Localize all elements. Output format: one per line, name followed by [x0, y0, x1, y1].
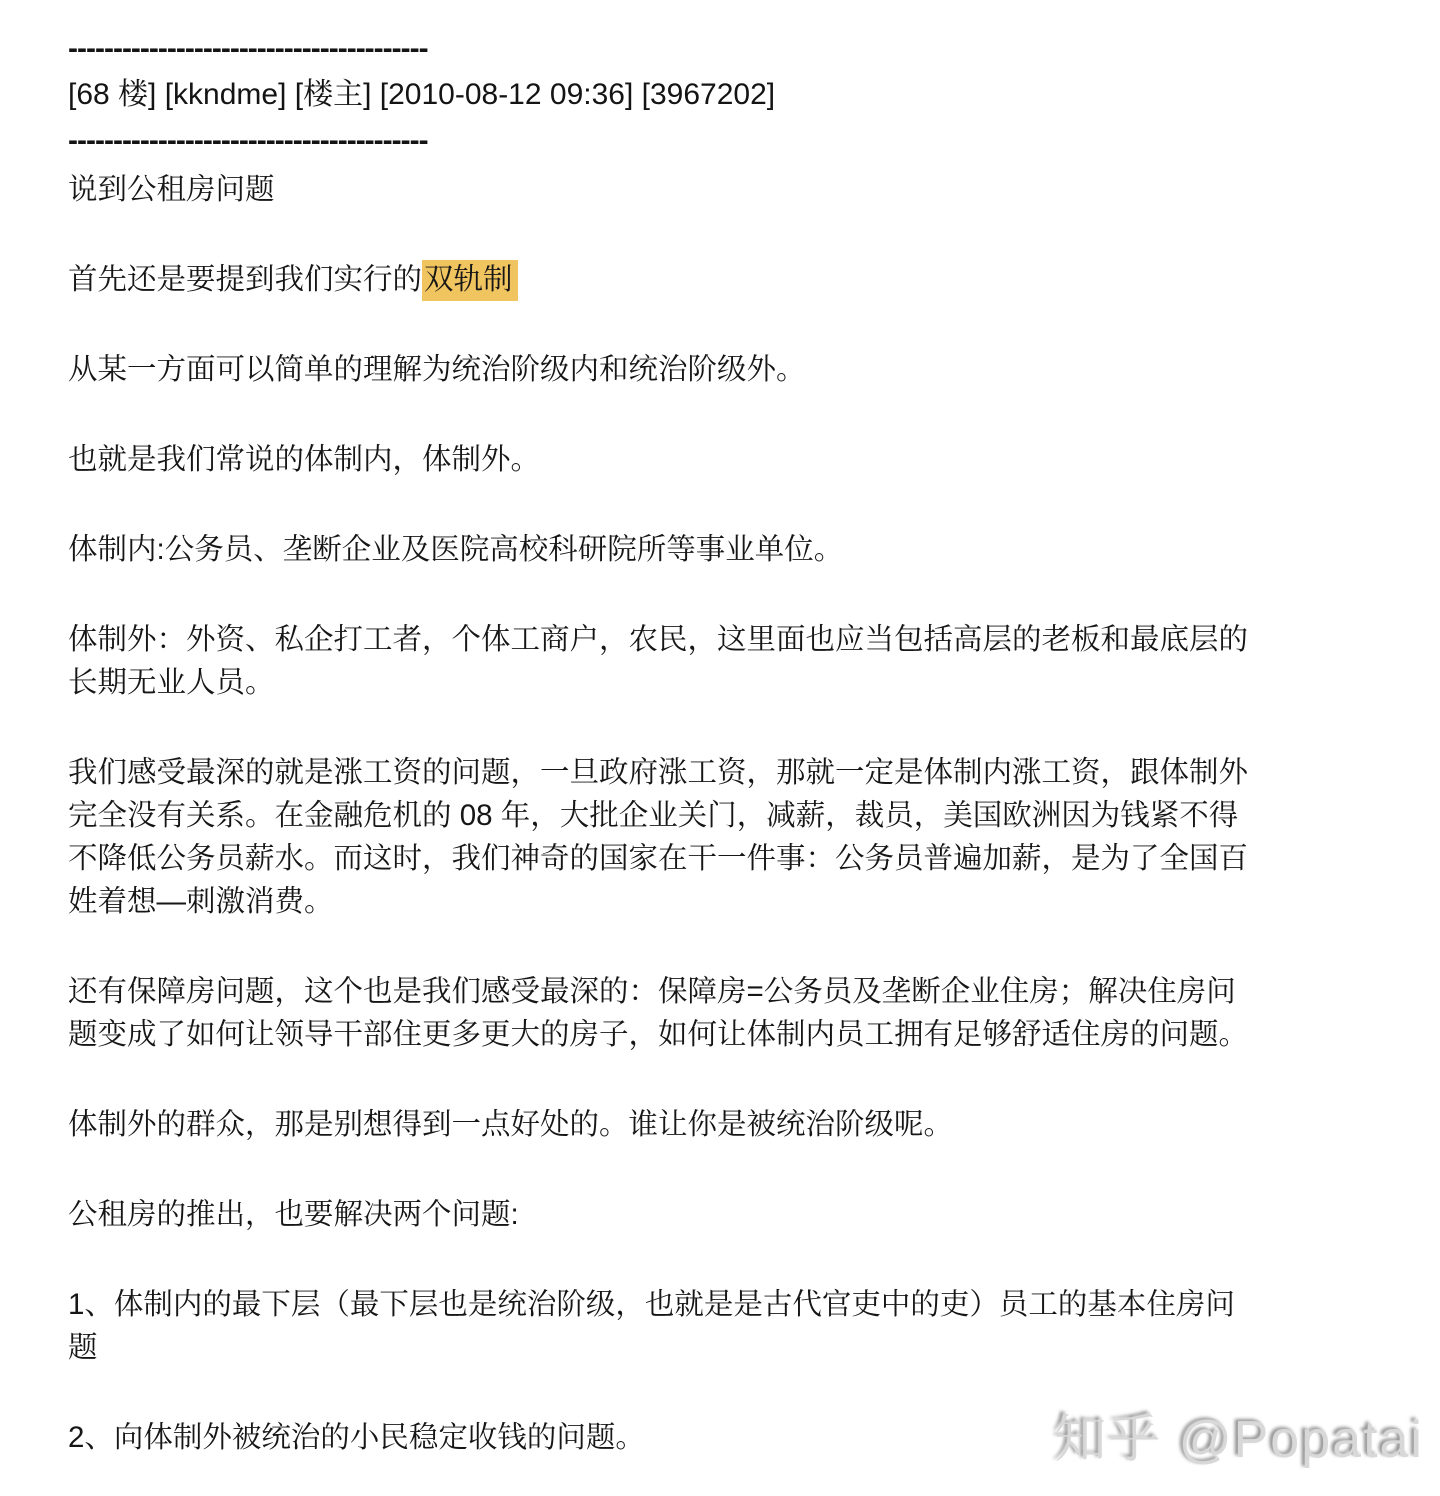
paragraph: 体制外的群众，那是别想得到一点好处的。谁让你是被统治阶级呢。 — [68, 1103, 1256, 1146]
paragraph: 也就是我们常说的体制内，体制外。 — [68, 438, 1256, 481]
separator-line-bottom: ---------------------------------------- — [68, 118, 1256, 164]
paragraph-baozhangfang: 还有保障房问题，这个也是我们感受最深的：保障房=公务员及垄断企业住房；解决住房问… — [68, 970, 1256, 1056]
forum-post-document: ----------------------------------------… — [68, 26, 1256, 1459]
paragraph-tizhiwai-definition: 体制外：外资、私企打工者，个体工商户，农民，这里面也应当包括高层的老板和最底层的… — [68, 618, 1256, 704]
paragraph-tizhinei-definition: 体制内:公务员、垄断企业及医院高校科研院所等事业单位。 — [68, 528, 1256, 571]
paragraph-topic: 说到公租房问题 — [68, 168, 1256, 211]
paragraph-two-problems-intro: 公租房的推出，也要解决两个问题: — [68, 1193, 1256, 1236]
paragraph-problem-1: 1、体制内的最下层（最下层也是统治阶级，也就是是古代官吏中的吏）员工的基本住房问… — [68, 1283, 1256, 1369]
post-header-meta: [68 楼] [kkndme] [楼主] [2010-08-12 09:36] … — [68, 72, 1256, 118]
paragraph-text: 首先还是要提到我们实行的 — [68, 263, 422, 296]
paragraph-with-highlight: 首先还是要提到我们实行的双轨制 — [68, 258, 1256, 301]
zhihu-watermark: 知乎 @Popatai — [1054, 1397, 1424, 1472]
separator-line-top: ---------------------------------------- — [68, 26, 1256, 72]
paragraph: 从某一方面可以简单的理解为统治阶级内和统治阶级外。 — [68, 348, 1256, 391]
highlighted-term: 双轨制 — [422, 260, 518, 301]
paragraph-wage-raise: 我们感受最深的就是涨工资的问题，一旦政府涨工资，那就一定是体制内涨工资，跟体制外… — [68, 751, 1256, 923]
